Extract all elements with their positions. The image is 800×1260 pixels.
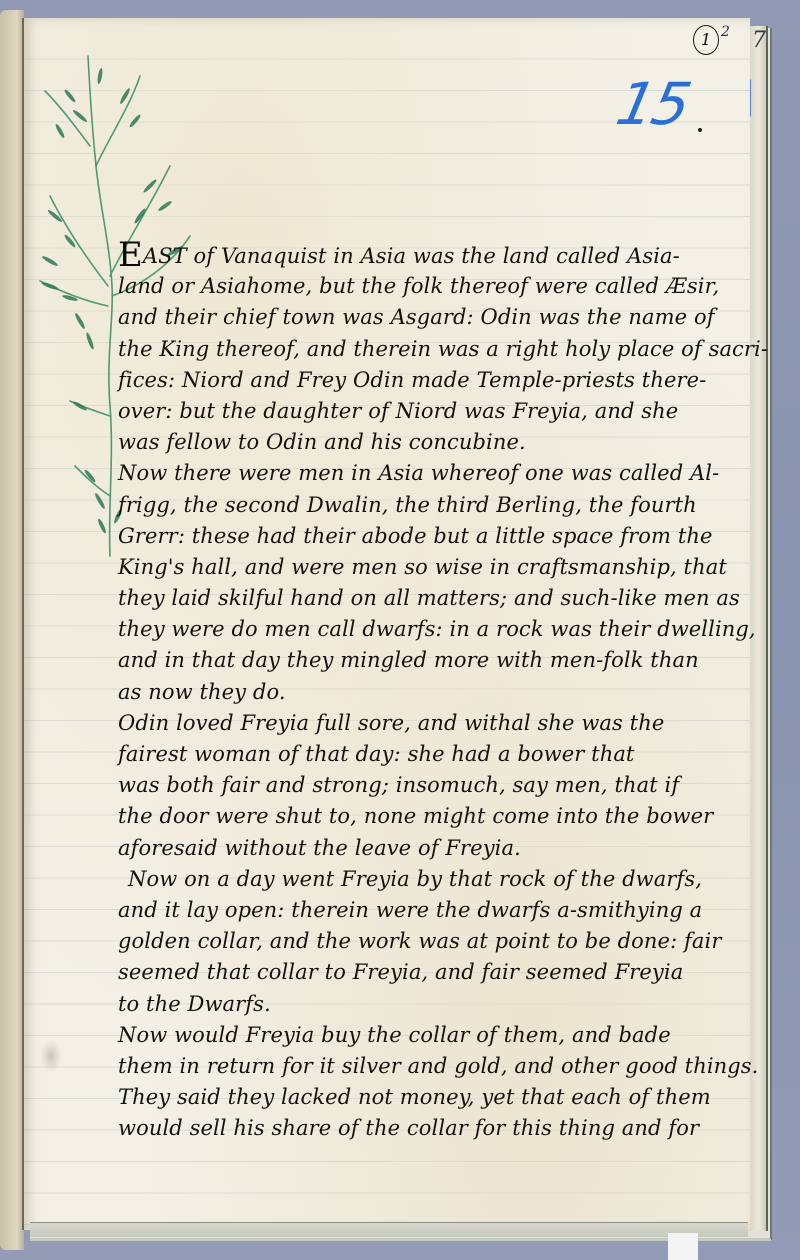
left-page-edge (0, 10, 24, 1250)
text-line: Now on a day went Freyia by that rock of… (118, 864, 728, 895)
text-line: was fellow to Odin and his concubine. (118, 427, 728, 458)
text-line: land or Asiahome, but the folk thereof w… (118, 271, 728, 302)
folio-number-circled: 1 (693, 25, 719, 55)
text-line: and in that day they mingled more with m… (118, 645, 728, 676)
pencil-dot (698, 128, 702, 132)
text-line: the door were shut to, none might come i… (118, 801, 728, 832)
manuscript-text: EAST of Vanaquist in Asia was the land c… (118, 240, 728, 1144)
back-page-number: 7 (752, 28, 766, 53)
text-line: seemed that collar to Freyia, and fair s… (118, 957, 728, 988)
text-line: fairest woman of that day: she had a bow… (118, 739, 728, 770)
text-line: them in return for it silver and gold, a… (118, 1051, 728, 1082)
text-line: over: but the daughter of Niord was Frey… (118, 396, 728, 427)
text-line: King's hall, and were men so wise in cra… (118, 552, 728, 583)
text-line: and it lay open: therein were the dwarfs… (118, 895, 728, 926)
text-line: to the Dwarfs. (118, 989, 728, 1020)
folio-superscript: 2 (721, 24, 730, 40)
text-line: was both fair and strong; insomuch, say … (118, 770, 728, 801)
text-line: would sell his share of the collar for t… (118, 1113, 728, 1144)
text-line: they laid skilful hand on all matters; a… (118, 583, 728, 614)
text-line: they were do men call dwarfs: in a rock … (118, 614, 728, 645)
page-bottom-edge (30, 1222, 748, 1237)
text-line: Now would Freyia buy the collar of them,… (118, 1020, 728, 1051)
text-line: and their chief town was Asgard: Odin wa… (118, 302, 728, 333)
drop-cap: E (118, 235, 143, 275)
ink-smudge (40, 1040, 62, 1072)
text-line: golden collar, and the work was at point… (118, 926, 728, 957)
text-line: fices: Niord and Frey Odin made Temple-p… (118, 365, 728, 396)
text-line: Now there were men in Asia whereof one w… (118, 458, 728, 489)
text-line: frigg, the second Dwalin, the third Berl… (118, 490, 728, 521)
text-line: Odin loved Freyia full sore, and withal … (118, 708, 728, 739)
white-tab (668, 1233, 698, 1260)
pencil-page-number: 15 (611, 70, 695, 138)
text-line: EAST of Vanaquist in Asia was the land c… (118, 240, 728, 271)
text-line: as now they do. (118, 677, 728, 708)
text-line: aforesaid without the leave of Freyia. (118, 833, 728, 864)
text-line: Grerr: these had their abode but a littl… (118, 521, 728, 552)
text-line: They said they lacked not money, yet tha… (118, 1082, 728, 1113)
text-line: the King thereof, and therein was a righ… (118, 334, 728, 365)
